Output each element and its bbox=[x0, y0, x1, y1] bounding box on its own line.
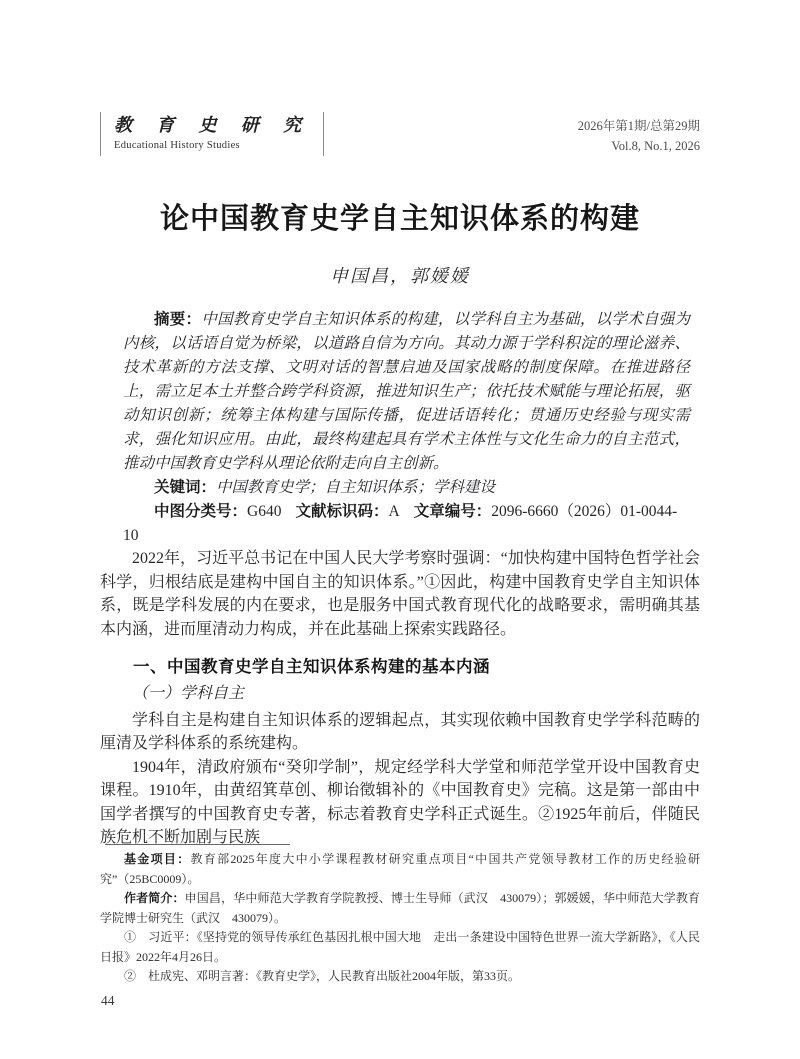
footnote-separator bbox=[105, 844, 290, 845]
keywords-text: 中国教育史学；自主知识体系；学科建设 bbox=[216, 479, 495, 496]
page-header: 教 育 史 研 究 Educational History Studies 20… bbox=[100, 112, 700, 156]
abstract-block: 摘要：中国教育史学自主知识体系的构建，以学科自主为基础，以学术自强为内核，以话语… bbox=[123, 308, 690, 548]
author-bio-note: 作者简介：申国昌，华中师范大学教育学院教授、博士生导师（武汉 430079）；郭… bbox=[100, 889, 700, 928]
doc-code-value: A bbox=[388, 503, 399, 520]
abstract-text: 中国教育史学自主知识体系的构建，以学科自主为基础，以学术自强为内核，以话语自觉为… bbox=[123, 311, 690, 472]
journal-logo: 教 育 史 研 究 Educational History Studies bbox=[100, 112, 324, 156]
author-bio-text: 申国昌，华中师范大学教育学院教授、博士生导师（武汉 430079）；郭媛媛，华中… bbox=[100, 891, 700, 925]
issue-line-chinese: 2026年第1期/总第29期 bbox=[578, 116, 700, 136]
issue-line-english: Vol.8, No.1, 2026 bbox=[578, 136, 700, 156]
article-body: 2022年，习近平总书记在中国人民大学考察时强调：“加快构建中国特色哲学社会科学… bbox=[100, 547, 700, 850]
footnotes-block: 基金项目：教育部2025年度大中小学课程教材研究重点项目“中国共产党领导教材工作… bbox=[100, 850, 700, 987]
article-id-label: 文章编号： bbox=[414, 503, 492, 520]
footnote-1: ① 习近平：《坚持党的领导传承红色基因扎根中国大地 走出一条建设中国特色世界一流… bbox=[100, 928, 700, 967]
issue-info: 2026年第1期/总第29期 Vol.8, No.1, 2026 bbox=[578, 112, 700, 156]
classification-line: 中图分类号：G640文献标识码：A文章编号：2096-6660（2026）01-… bbox=[123, 500, 690, 548]
page-number: 44 bbox=[101, 993, 115, 1009]
article-title: 论中国教育史学自主知识体系的构建 bbox=[0, 196, 800, 237]
abstract-label: 摘要： bbox=[154, 311, 201, 328]
section-heading-1: 一、中国教育史学自主知识体系构建的基本内涵 bbox=[100, 655, 700, 679]
sub-heading-1: （一）学科自主 bbox=[100, 682, 700, 706]
funding-text: 教育部2025年度大中小学课程教材研究重点项目“中国共产党领导教材工作的历史经验… bbox=[100, 852, 700, 886]
footnote-2: ② 杜成宪、邓明言著：《教育史学》，人民教育出版社2004年版，第33页。 bbox=[100, 967, 700, 987]
clc-value: G640 bbox=[247, 503, 281, 520]
abstract-paragraph: 摘要：中国教育史学自主知识体系的构建，以学科自主为基础，以学术自强为内核，以话语… bbox=[123, 308, 690, 476]
keywords-line: 关键词：中国教育史学；自主知识体系；学科建设 bbox=[123, 476, 690, 500]
journal-name-english: Educational History Studies bbox=[114, 139, 310, 153]
body-paragraph-2: 学科自主是构建自主知识体系的逻辑起点，其实现依赖中国教育史学学科范畴的厘清及学科… bbox=[100, 709, 700, 756]
keywords-label: 关键词： bbox=[154, 479, 216, 496]
clc-label: 中图分类号： bbox=[154, 503, 247, 520]
funding-note: 基金项目：教育部2025年度大中小学课程教材研究重点项目“中国共产党领导教材工作… bbox=[100, 850, 700, 889]
body-paragraph-3: 1904年，清政府颁布“癸卯学制”，规定经学科大学堂和师范学堂开设中国教育史课程… bbox=[100, 756, 700, 850]
journal-article-page: 教 育 史 研 究 Educational History Studies 20… bbox=[0, 0, 800, 1059]
logo-divider-right bbox=[323, 112, 324, 156]
logo-divider-left bbox=[100, 112, 101, 156]
author-bio-label: 作者简介： bbox=[124, 891, 185, 905]
funding-label: 基金项目： bbox=[124, 852, 191, 866]
article-authors: 申国昌，郭媛媛 bbox=[0, 262, 800, 288]
doc-code-label: 文献标识码： bbox=[295, 503, 388, 520]
body-paragraph-1: 2022年，习近平总书记在中国人民大学考察时强调：“加快构建中国特色哲学社会科学… bbox=[100, 547, 700, 641]
journal-name-chinese: 教 育 史 研 究 bbox=[114, 115, 310, 137]
